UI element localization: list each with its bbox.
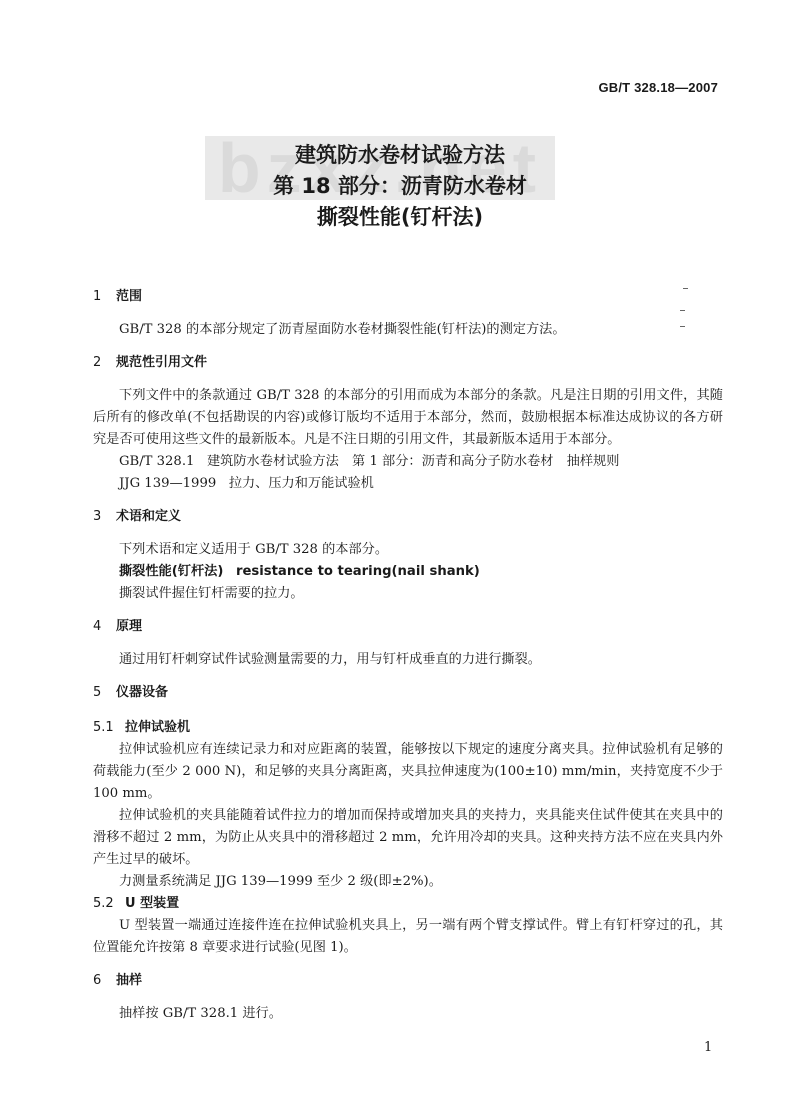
reference-item: GB/T 328.1 建筑防水卷材试验方法 第 1 部分：沥青和高分子防水卷材 … <box>93 451 723 473</box>
section-2-body: 下列文件中的条款通过 GB/T 328 的本部分的引用而成为本部分的条款。凡是注… <box>93 385 723 451</box>
section-6-body: 抽样按 GB/T 328.1 进行。 <box>93 1003 723 1025</box>
standard-number: GB/T 328.18—2007 <box>598 80 718 95</box>
term-english: resistance to tearing(nail shank) <box>236 564 480 579</box>
section-5-1-heading: 5.1 拉伸试验机 <box>93 717 723 739</box>
section-3-heading: 3 术语和定义 <box>93 506 723 528</box>
document-title: 建筑防水卷材试验方法 第 18 部分：沥青防水卷材 撕裂性能(钉杆法) <box>0 140 800 233</box>
section-2-heading: 2 规范性引用文件 <box>93 352 723 374</box>
page-number: 1 <box>704 1040 712 1055</box>
section-5-1-para-2: 拉伸试验机的夹具能随着试件拉力的增加而保持或增加夹具的夹持力，夹具能夹住试件使其… <box>93 805 723 871</box>
term-definition: 撕裂试件握住钉杆需要的拉力。 <box>93 583 723 605</box>
reference-item: JJG 139—1999 拉力、压力和万能试验机 <box>93 473 723 495</box>
section-1-heading: 1 范围 <box>93 286 723 308</box>
title-line-2: 第 18 部分：沥青防水卷材 <box>0 171 800 202</box>
section-5-1-para-1: 拉伸试验机应有连续记录力和对应距离的装置，能够按以下规定的速度分离夹具。拉伸试验… <box>93 739 723 805</box>
title-line-1: 建筑防水卷材试验方法 <box>0 140 800 171</box>
section-6-heading: 6 抽样 <box>93 970 723 992</box>
section-4-body: 通过用钉杆刺穿试件试验测量需要的力，用与钉杆成垂直的力进行撕裂。 <box>93 649 723 671</box>
document-body: 1 范围 GB/T 328 的本部分规定了沥青屋面防水卷材撕裂性能(钉杆法)的测… <box>93 286 723 1025</box>
term-chinese: 撕裂性能(钉杆法) <box>119 564 223 579</box>
section-5-2-heading: 5.2 U 型装置 <box>93 893 723 915</box>
section-1-body: GB/T 328 的本部分规定了沥青屋面防水卷材撕裂性能(钉杆法)的测定方法。 <box>93 319 723 341</box>
section-3-intro: 下列术语和定义适用于 GB/T 328 的本部分。 <box>93 539 723 561</box>
section-5-2-para-1: U 型装置一端通过连接件连在拉伸试验机夹具上，另一端有两个臂支撑试件。臂上有钉杆… <box>93 915 723 959</box>
title-line-3: 撕裂性能(钉杆法) <box>0 202 800 233</box>
term-entry: 撕裂性能(钉杆法) resistance to tearing(nail sha… <box>93 561 723 583</box>
section-5-1-para-3: 力测量系统满足 JJG 139—1999 至少 2 级(即±2%)。 <box>93 871 723 893</box>
section-5-heading: 5 仪器设备 <box>93 682 723 704</box>
section-4-heading: 4 原理 <box>93 616 723 638</box>
